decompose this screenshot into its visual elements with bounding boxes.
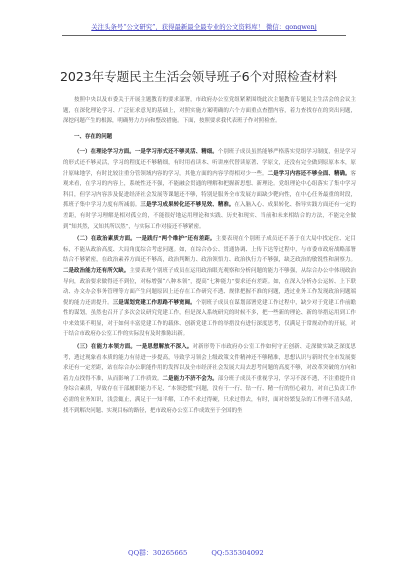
intro-paragraph: 按照中央以及市委关于开展主题教育的要求部署，市政府办公室党组紧紧围绕此次主题教育… [63,95,356,127]
footer-contact: QQ群：30265665QQ:535304092 [128,547,264,557]
paragraph-lead: （一）在理论学习方面。一是学习形式还不够灵活、精细。 [74,149,218,155]
paragraph-lead: （二）在政治素质方面。一是践行“两个维护”还有差距。 [74,236,216,242]
document-title: 2023年专题民主生活会领导班子6个对照检查材料 [60,66,360,85]
footer-qq: QQ:535304092 [211,549,263,557]
paragraph-point: 二是能力不济不会为。 [163,376,218,382]
paragraph-point: 三是学习成果转化还不够见效、精准。 [140,202,234,208]
paragraph-capability: （三）在能力本领方面。一是思想解放不深入。对新形势下市政府办公室工作如何守正创新… [63,342,356,416]
footer-qq-group: QQ群：30265665 [128,547,187,557]
paragraph-point: 二是学习内容还不够全面、精确。 [268,171,351,177]
header-divider [62,35,346,36]
paragraph-point: 三是谋划党建工作思路不够宽阔。 [113,300,196,306]
paragraph-point: 二是政治能力还有所欠缺。 [63,268,129,274]
document-body: 按照中央以及市委关于开展主题教育的要求部署，市政府办公室党组紧紧围绕此次主题教育… [63,95,356,418]
paragraph-lead: （三）在能力本领方面。一是思想解放不深入。 [74,344,193,350]
header-promo-link[interactable]: 关注头条号“公文研究”，获得最新最全最专业的公文资料库！ 微信：gongwenj [62,23,346,32]
section-heading: 一、存在的问题 [63,132,356,143]
paragraph-political-quality: （二）在政治素质方面。一是践行“两个维护”还有差距。主要表现在个别班子成员还不善… [63,234,356,340]
paragraph-theory-study: （一）在理论学习方面。一是学习形式还不够灵活、精细。个别班子成员虽然能够严格落实… [63,147,356,232]
